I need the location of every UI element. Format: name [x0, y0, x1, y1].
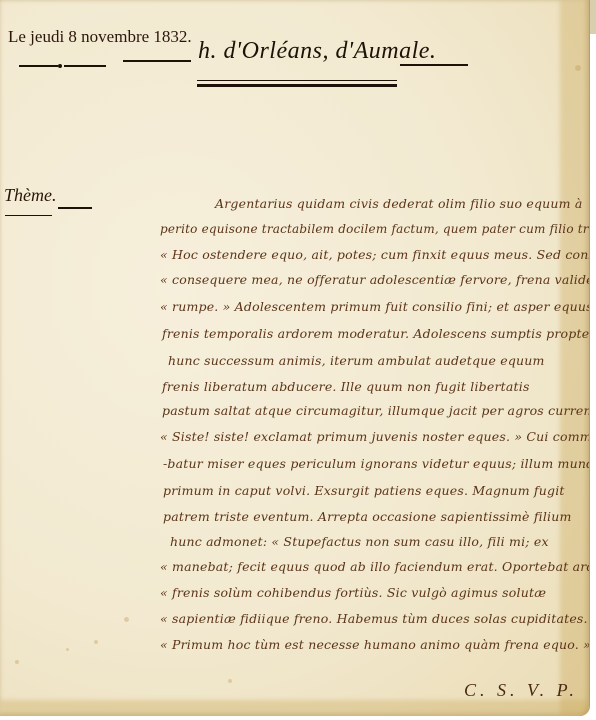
decorative-rule	[19, 65, 58, 67]
edge-discoloration	[560, 0, 588, 716]
foxing-spot	[66, 648, 69, 651]
text-line: patrem triste eventum. Arrepta occasione…	[163, 509, 572, 524]
foxing-spot	[15, 660, 19, 664]
foxing-spot	[575, 65, 581, 71]
author-title: h. d'Orléans, d'Aumale.	[198, 38, 436, 65]
text-line: « Primum hoc tùm est necesse humano anim…	[160, 637, 590, 652]
text-line: hunc successum animis, iterum ambulat au…	[168, 353, 545, 368]
text-line: « manebat; fecit equus quod ab illo faci…	[160, 559, 590, 574]
text-line: « sapientiæ fidiique freno. Habemus tùm …	[160, 611, 588, 626]
text-line: -batur miser eques periculum ignorans vi…	[163, 456, 590, 471]
decorative-rule	[123, 60, 191, 62]
title-underline	[197, 80, 397, 81]
text-line: perito equisone tractabilem docilem fact…	[160, 222, 590, 236]
decorative-rule	[64, 65, 106, 67]
text-line: « Hoc ostendere equo, ait, potes; cum fi…	[160, 247, 590, 262]
text-line: frenis liberatum abducere. Ille quum non…	[162, 379, 530, 394]
theme-underline	[5, 215, 52, 216]
text-line: « consequere mea, ne offeratur adolescen…	[160, 272, 590, 287]
text-line: frenis temporalis ardorem moderatur. Ado…	[162, 326, 590, 341]
text-line: Argentarius quidam civis dederat olim fi…	[215, 196, 583, 211]
decorative-dot	[58, 64, 62, 68]
text-line: pastum saltat atque circumagitur, illumq…	[162, 403, 590, 418]
text-line: primum in caput volvi. Exsurgit patiens …	[163, 483, 565, 498]
foxing-spot	[94, 640, 98, 644]
text-line: « Siste! siste! exclamat primum juvenis …	[160, 429, 590, 444]
signature: C. S. V. P.	[464, 680, 578, 701]
date-heading: Le jeudi 8 novembre 1832.	[8, 27, 192, 47]
decorative-rule	[400, 64, 468, 66]
bottom-discoloration	[0, 700, 589, 716]
text-line: hunc admonet: « Stupefactus non sum casu…	[170, 534, 549, 549]
theme-dash	[58, 207, 92, 209]
theme-label: Thème.	[4, 185, 57, 206]
text-line: « rumpe. » Adolescentem primum fuit cons…	[160, 299, 590, 314]
text-line: « frenis solùm cohibendus fortiùs. Sic v…	[160, 585, 546, 600]
manuscript-page: Le jeudi 8 novembre 1832. h. d'Orléans, …	[0, 0, 590, 716]
foxing-spot	[124, 617, 129, 622]
foxing-spot	[228, 679, 232, 683]
title-underline-thick	[197, 84, 397, 87]
